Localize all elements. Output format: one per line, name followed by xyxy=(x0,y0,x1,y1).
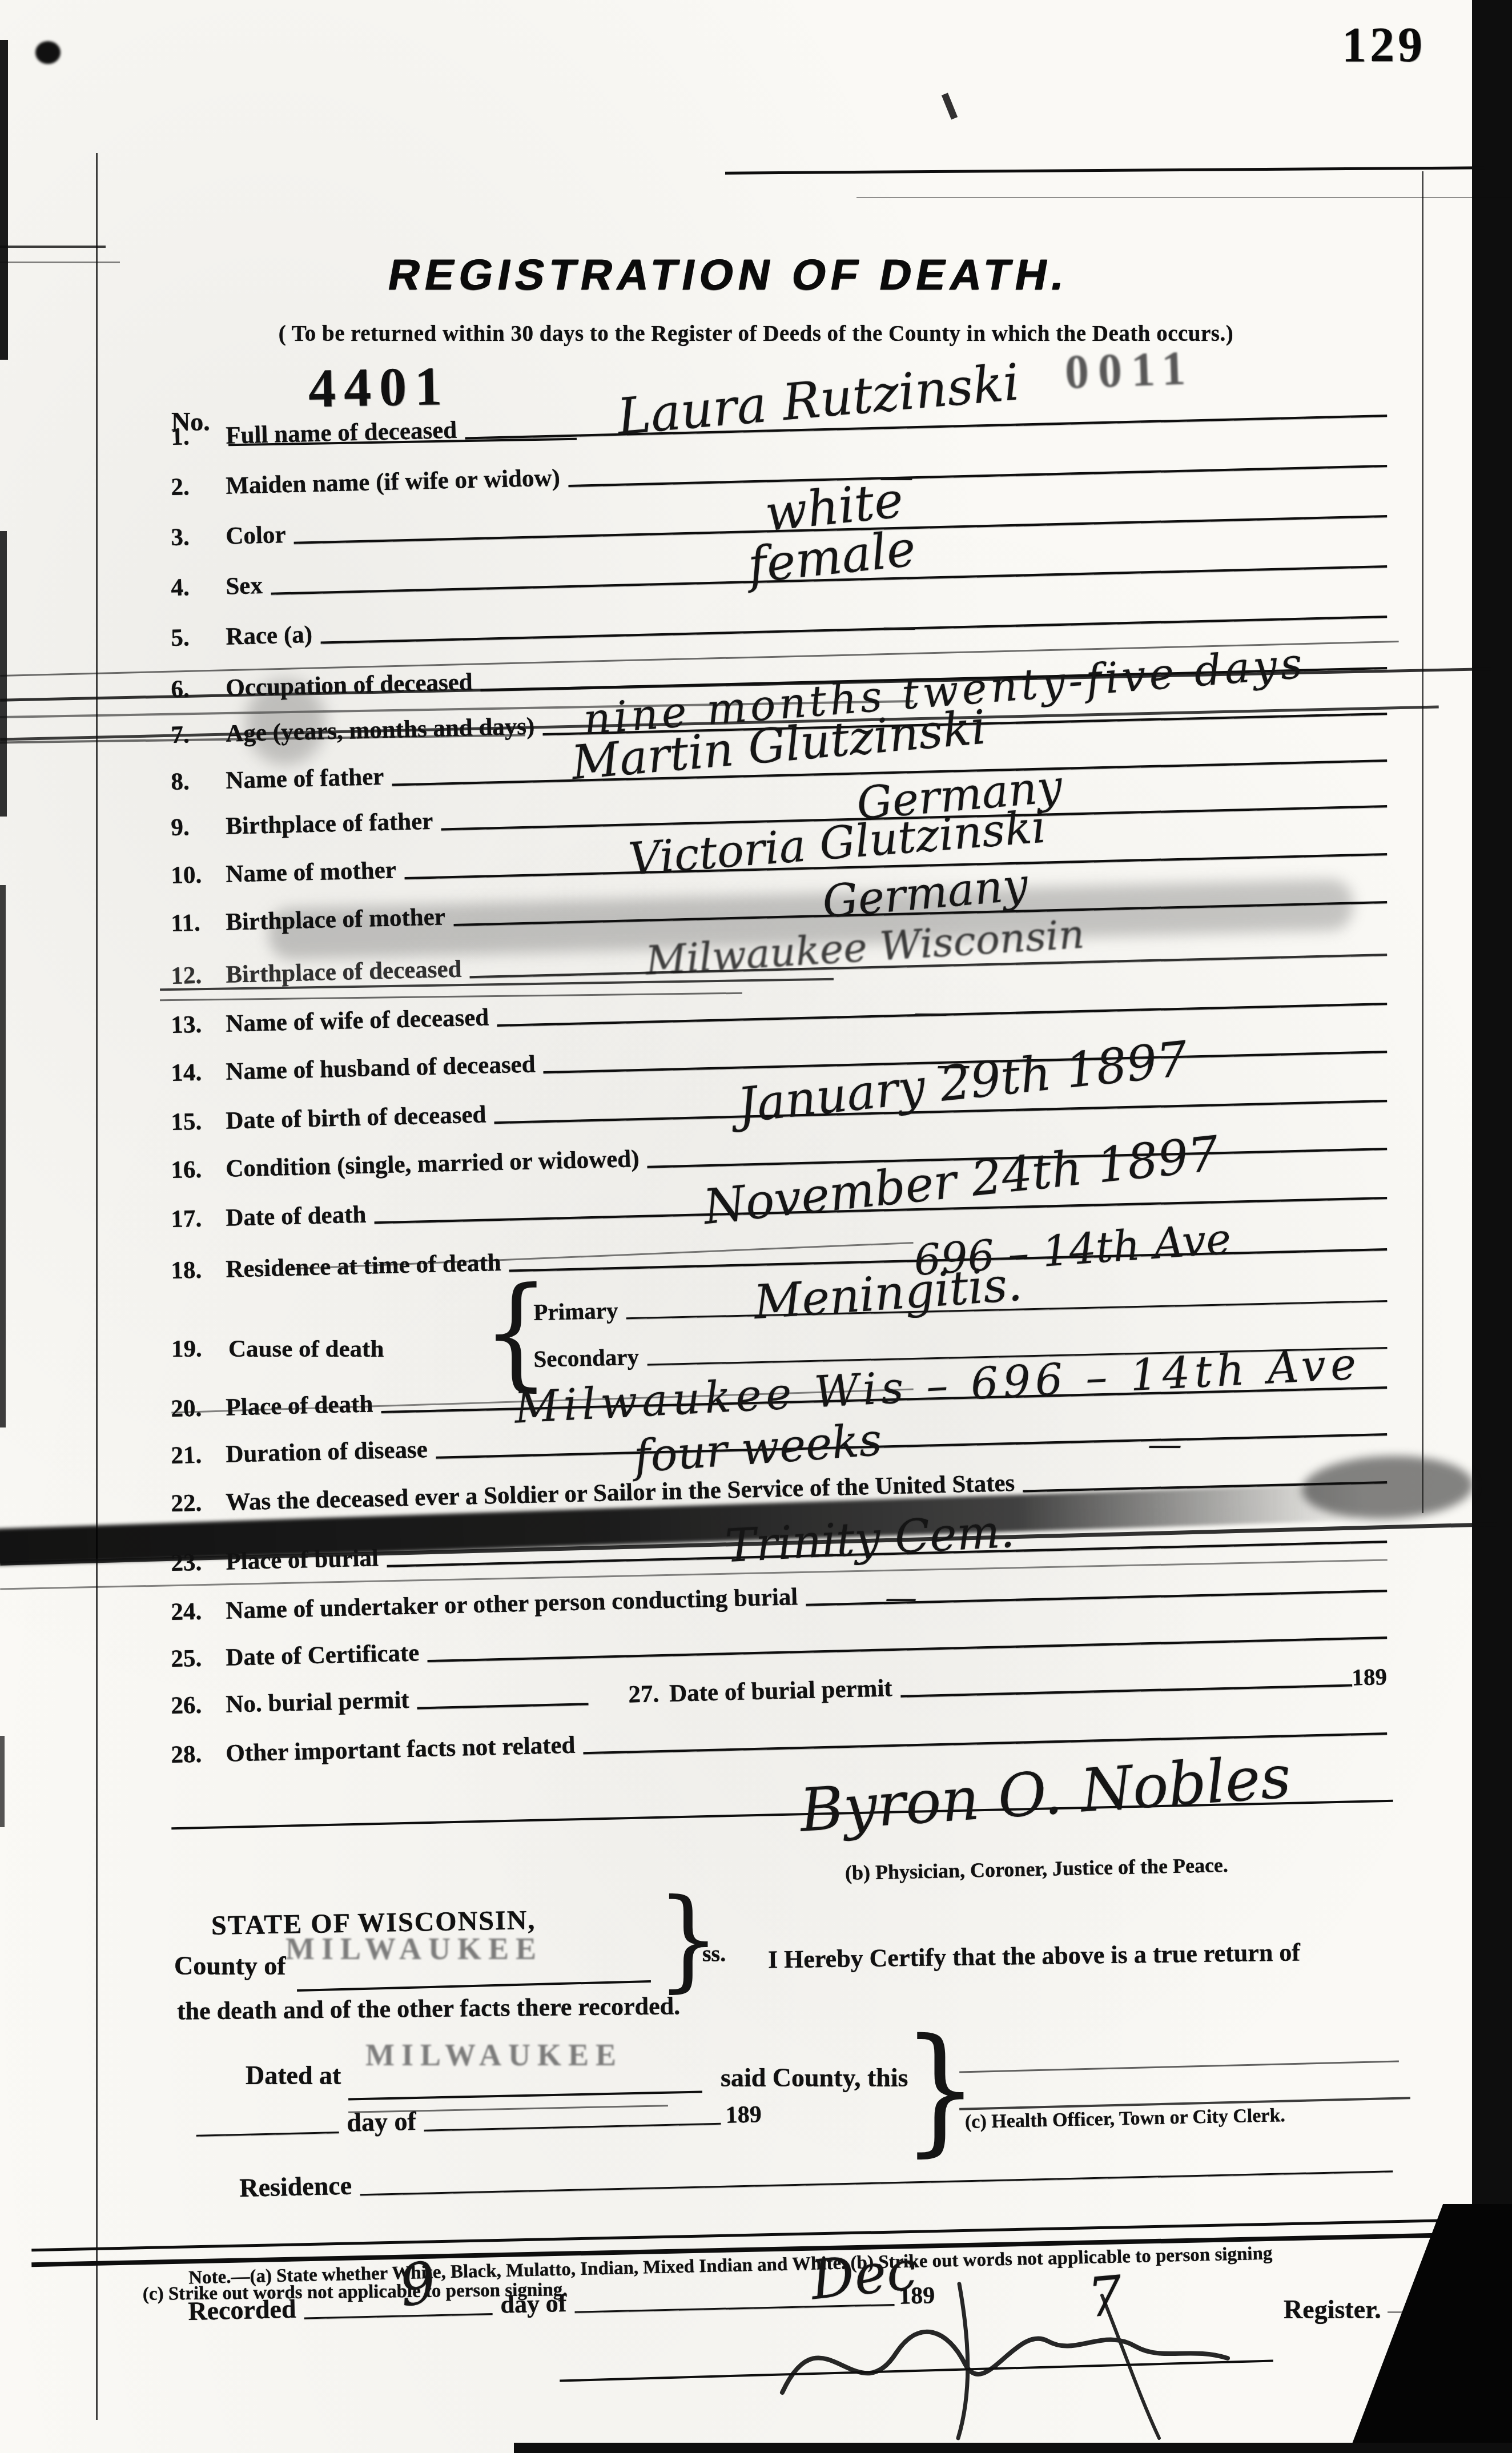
right-rule-line xyxy=(1422,171,1423,1513)
left-scratch-2 xyxy=(0,262,120,263)
field-number: 18. xyxy=(171,1256,226,1285)
field-label: Name of mother xyxy=(226,856,397,888)
residence-row: Residence xyxy=(239,2144,1393,2203)
field-number: 6. xyxy=(171,674,226,703)
field-number: 24. xyxy=(171,1597,226,1626)
field-line xyxy=(417,1703,589,1709)
day-of-label: day of xyxy=(347,2106,417,2138)
field-number: 27. xyxy=(628,1680,660,1708)
field-label: Birthplace of father xyxy=(226,807,433,841)
left-rule-line xyxy=(96,153,98,2420)
month-line xyxy=(424,2123,721,2132)
field-number: 11. xyxy=(171,908,226,938)
field-label-19: Cause of death xyxy=(228,1335,384,1363)
field-label: No. burial permit xyxy=(226,1686,409,1719)
recorded-label: Recorded xyxy=(188,2294,296,2326)
death-registration-scan: 129 REGISTRATION OF DEATH. ( To be retur… xyxy=(0,0,1512,2453)
field-line xyxy=(320,616,1387,644)
physician-signature: Byron O. Nobles xyxy=(798,1742,1293,1845)
field-number: 20. xyxy=(171,1394,226,1423)
field-label: Name of father xyxy=(226,763,384,795)
residence-label: Residence xyxy=(239,2170,352,2203)
field-label: Race (a) xyxy=(226,621,313,651)
recorded-day-of-label: day of xyxy=(500,2289,567,2319)
field-number: 23. xyxy=(171,1548,226,1577)
certify-line-1: I Hereby Certify that the above is a tru… xyxy=(768,1937,1301,1974)
field-number: 7. xyxy=(171,720,226,749)
field-label: Sex xyxy=(226,572,263,601)
health-officer-caption: (c) Health Officer, Town or City Clerk. xyxy=(965,2105,1286,2133)
field-number: 8. xyxy=(171,767,226,796)
year-prefix: 189 xyxy=(725,2101,762,2129)
field-label: Name of husband of deceased xyxy=(226,1050,536,1085)
field-label: Date of burial permit xyxy=(669,1674,893,1708)
dated-brace: } xyxy=(902,2021,979,2159)
form-subtitle: ( To be returned within 30 days to the R… xyxy=(279,321,1234,347)
field-label: Place of death xyxy=(226,1390,373,1421)
right-scan-border xyxy=(1472,0,1512,2453)
certificate-number: 4401 xyxy=(308,354,451,420)
field-label: Age (years, months and days) xyxy=(226,712,535,747)
field-number: 25. xyxy=(171,1644,226,1673)
field-number: 4. xyxy=(171,573,226,602)
field-number: 26. xyxy=(171,1691,226,1720)
field-number: 15. xyxy=(171,1107,226,1136)
ink-blot-top-left xyxy=(35,41,61,64)
stamp-number: 0011 xyxy=(1064,340,1196,400)
field-label: Birthplace of mother xyxy=(226,903,446,936)
field-number: 5. xyxy=(171,623,226,652)
field-label: Condition (single, married or widowed) xyxy=(226,1145,640,1183)
field-row-5: 5.Race (a) xyxy=(171,588,1388,652)
county-stamp: MILWAUKEE xyxy=(285,1931,543,1967)
field-number: 16. xyxy=(171,1155,226,1184)
field-label: Duration of disease xyxy=(226,1435,428,1469)
day-line xyxy=(196,2132,339,2137)
field-number: 2. xyxy=(171,472,226,501)
residence-line xyxy=(360,2170,1393,2195)
field-number: 28. xyxy=(171,1740,226,1769)
field-number: 10. xyxy=(171,860,226,890)
year-prefix: 189 xyxy=(1352,1663,1388,1691)
field-label: Birthplace of deceased xyxy=(226,955,462,989)
certify-line-2: the death and of the other facts there r… xyxy=(177,1991,681,2025)
field-label: Place of burial xyxy=(226,1544,379,1576)
field-label: Date of birth of deceased xyxy=(226,1101,486,1135)
left-edge-band-4 xyxy=(0,1736,5,1827)
field-line xyxy=(568,465,1387,487)
physician-caption: (b) Physician, Coroner, Justice of the P… xyxy=(845,1853,1229,1885)
left-scratch-1 xyxy=(0,246,106,248)
field-label: Date of death xyxy=(226,1201,367,1232)
day-of-row: day of 189 xyxy=(188,2095,762,2141)
field-label: Maiden name (if wife or widow) xyxy=(226,464,561,500)
field-number-19: 19. xyxy=(171,1335,202,1363)
field-label: Color xyxy=(226,521,286,550)
form-title: REGISTRATION OF DEATH. xyxy=(384,250,1073,300)
field-label: Name of wife of deceased xyxy=(226,1003,489,1038)
field-number: 21. xyxy=(171,1441,226,1470)
field-label: Name of undertaker or other person condu… xyxy=(226,1583,798,1624)
page-number: 129 xyxy=(1342,16,1426,73)
field-line xyxy=(900,1684,1352,1697)
hw-undertaker-dash: — xyxy=(885,1579,917,1616)
field-number: 9. xyxy=(171,813,226,842)
bottom-edge-strip xyxy=(514,2443,1512,2453)
dated-stamp: MILWAUKEE xyxy=(365,2037,623,2073)
county-line xyxy=(297,1980,651,1992)
field-label: Occupation of deceased xyxy=(226,668,473,702)
left-edge-band-2 xyxy=(0,531,7,817)
field-number: 13. xyxy=(171,1010,226,1039)
field-label: Date of Certificate xyxy=(226,1639,420,1671)
field-number: 14. xyxy=(171,1058,226,1087)
ss-label: ss. xyxy=(702,1940,726,1967)
top-scratch-faint xyxy=(856,197,1512,198)
cause-of-death-brace: { xyxy=(482,1271,550,1393)
field-number: 22. xyxy=(171,1489,226,1518)
register-signature-scribble xyxy=(759,2273,1250,2444)
field-number: 17. xyxy=(171,1204,226,1233)
field-number: 12. xyxy=(171,961,226,990)
hw-race-dash: — xyxy=(882,606,916,646)
recorded-day-line xyxy=(304,2313,493,2319)
field-line xyxy=(436,1433,1387,1459)
stray-mark-top xyxy=(942,93,958,119)
hw-duration-dash: — xyxy=(1148,1425,1182,1465)
primary-label: Primary xyxy=(533,1297,618,1326)
field-number: 3. xyxy=(171,522,226,552)
corner-shadow xyxy=(1330,2204,1512,2453)
hw-wife-dash: — xyxy=(914,992,948,1032)
said-county-label: said County, this xyxy=(721,2062,908,2093)
field-number: 1. xyxy=(171,422,226,451)
left-edge-band-1 xyxy=(0,40,8,360)
field-label: Residence at time of death xyxy=(226,1249,502,1284)
top-scratch-line xyxy=(725,166,1485,174)
left-edge-band-3 xyxy=(0,885,6,1427)
field-label: Full name of deceased xyxy=(226,416,457,450)
dated-at-label: Dated at xyxy=(246,2060,341,2090)
officer-sig-line-1 xyxy=(959,2061,1399,2073)
field-label: Other important facts not related xyxy=(226,1731,576,1768)
register-label: Register. xyxy=(1284,2294,1381,2325)
secondary-label: Secondary xyxy=(533,1343,640,1373)
county-label: County of xyxy=(174,1951,286,1981)
field-line xyxy=(428,1636,1388,1662)
